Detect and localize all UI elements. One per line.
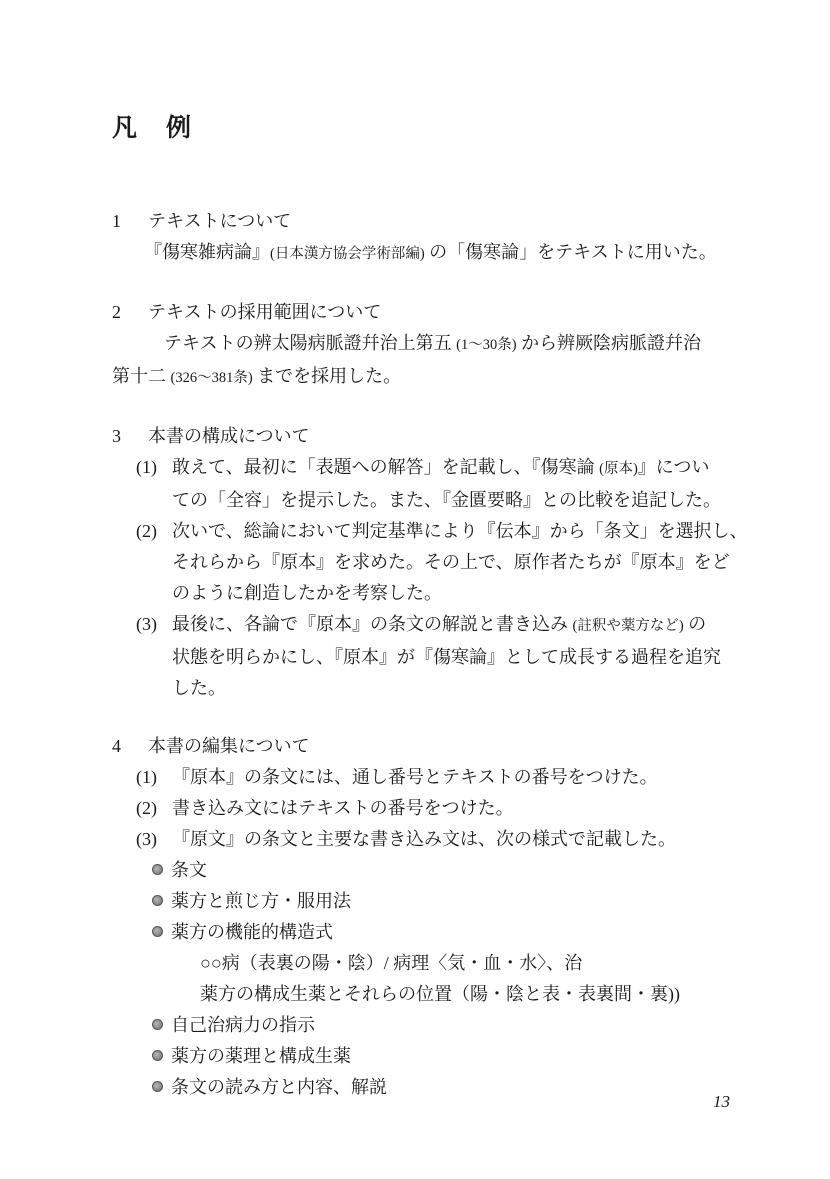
body-text-small: (註釈や薬方など) [573, 618, 684, 634]
body-text-small: (日本漢方協会学術部編) [270, 246, 425, 262]
list-item-continuation: ての「全容」を提示した。また、『金匱要略』との比較を追記した。 [172, 485, 790, 516]
item-marker: (1) [136, 452, 172, 483]
body-line: 『傷寒雑病論』(日本漢方協会学術部編) の「傷寒論」をテキストに用いた。 [144, 237, 790, 270]
body-text: 次いで、総論において判定基準により『伝本』から「条文」を選択し、 [172, 521, 748, 541]
bullet-label: 自己治病力の指示 [171, 1015, 315, 1035]
bullet-item: 自己治病力の指示 [152, 1010, 790, 1041]
bullet-icon [152, 1050, 163, 1061]
body-text: 第十二 [112, 366, 171, 386]
bullet-item: 条文の読み方と内容、解説 [152, 1072, 790, 1103]
item-marker: (3) [136, 609, 172, 640]
section-number: 2 [112, 297, 148, 328]
body-line: 第十二 (326～381条) までを採用した。 [112, 361, 790, 394]
bullet-item: 薬方の薬理と構成生薬 [152, 1041, 790, 1072]
list-item-continuation: のように創造したかを考察した。 [172, 578, 790, 609]
section-number: 4 [112, 731, 148, 762]
section-3: 3本書の構成について (1)敢えて、最初に「表題への解答」を記載し、『傷寒論 (… [112, 421, 790, 704]
item-marker: (2) [136, 516, 172, 547]
section-1: 1テキストについて 『傷寒雑病論』(日本漢方協会学術部編) の「傷寒論」をテキス… [112, 206, 790, 270]
section-4: 4本書の編集について (1)『原本』の条文には、通し番号とテキストの番号をつけた… [112, 731, 790, 1103]
item-marker: (1) [136, 762, 172, 793]
body-text: 最後に、各論で『原本』の条文の解説と書き込み [172, 614, 573, 634]
bullet-icon [152, 1081, 163, 1092]
section-heading: 1テキストについて [112, 206, 790, 237]
body-text-small: (1～30条) [456, 337, 516, 353]
section-heading: 2テキストの採用範囲について [112, 297, 790, 328]
bullet-item: 薬方と煎じ方・服用法 [152, 886, 790, 917]
body-text: 』につい [638, 457, 710, 477]
page-number: 13 [713, 1092, 730, 1112]
bullet-icon [152, 926, 163, 937]
section-heading-text: 本書の構成について [148, 426, 310, 446]
section-heading-text: 本書の編集について [148, 736, 310, 756]
bullet-subline: ○○病（表裏の陽・陰）/ 病理〈気・血・水〉、治 [200, 948, 790, 979]
item-marker: (3) [136, 824, 172, 855]
section-heading-text: テキストについて [148, 211, 291, 231]
body-text: テキストの辨太陽病脈證幷治上第五 [164, 333, 456, 353]
bullet-subline: 薬方の構成生薬とそれらの位置（陽・陰と表・表裏間・裏)) [200, 979, 790, 1010]
body-text: の [684, 614, 707, 634]
list-item: (2)書き込み文にはテキストの番号をつけた。 [136, 793, 790, 824]
section-heading: 4本書の編集について [112, 731, 790, 762]
section-heading-text: テキストの採用範囲について [148, 302, 381, 322]
body-text-small: (原本) [599, 461, 638, 477]
list-item: (1)敢えて、最初に「表題への解答」を記載し、『傷寒論 (原本)』につい [136, 452, 790, 485]
body-text: 『傷寒雑病論』 [144, 242, 270, 262]
body-text: 『原本』の条文には、通し番号とテキストの番号をつけた。 [172, 767, 658, 787]
list-item: (3)『原文』の条文と主要な書き込み文は、次の様式で記載した。 [136, 824, 790, 855]
list-item: (3)最後に、各論で『原本』の条文の解説と書き込み (註釈や薬方など) の [136, 609, 790, 642]
bullet-label: 薬方の薬理と構成生薬 [171, 1046, 351, 1066]
section-number: 1 [112, 206, 148, 237]
item-marker: (2) [136, 793, 172, 824]
document-page: 凡 例 1テキストについて 『傷寒雑病論』(日本漢方協会学術部編) の「傷寒論」… [0, 0, 830, 1179]
section-heading: 3本書の構成について [112, 421, 790, 452]
bullet-label: 条文 [171, 860, 207, 880]
list-item-continuation: した。 [172, 673, 790, 704]
bullet-item: 条文 [152, 855, 790, 886]
bullet-label: 薬方と煎じ方・服用法 [171, 891, 351, 911]
section-2: 2テキストの採用範囲について テキストの辨太陽病脈證幷治上第五 (1～30条) … [112, 297, 790, 394]
body-text: 敢えて、最初に「表題への解答」を記載し、『傷寒論 [172, 457, 599, 477]
bullet-item: 薬方の機能的構造式 [152, 917, 790, 948]
body-text: までを採用した。 [253, 366, 402, 386]
bullet-label: 条文の読み方と内容、解説 [171, 1077, 387, 1097]
body-text-small: (326～381条) [171, 370, 253, 386]
body-text: 書き込み文にはテキストの番号をつけた。 [172, 798, 514, 818]
body-text: から辨厥陰病脈證幷治 [517, 333, 702, 353]
list-item: (2)次いで、総論において判定基準により『伝本』から「条文」を選択し、 [136, 516, 790, 547]
page-title: 凡 例 [112, 110, 790, 146]
section-number: 3 [112, 421, 148, 452]
list-item-continuation: それらから『原本』を求めた。その上で、原作者たちが『原本』をど [172, 547, 790, 578]
body-text: の「傷寒論」をテキストに用いた。 [425, 242, 717, 262]
bullet-icon [152, 864, 163, 875]
bullet-icon [152, 1019, 163, 1030]
list-item: (1)『原本』の条文には、通し番号とテキストの番号をつけた。 [136, 762, 790, 793]
list-item-continuation: 状態を明らかにし、『原本』が『傷寒論』として成長する過程を追究 [172, 642, 790, 673]
body-text: 『原文』の条文と主要な書き込み文は、次の様式で記載した。 [172, 829, 676, 849]
bullet-icon [152, 895, 163, 906]
bullet-label: 薬方の機能的構造式 [171, 922, 333, 942]
body-line: テキストの辨太陽病脈證幷治上第五 (1～30条) から辨厥陰病脈證幷治 [164, 328, 790, 361]
